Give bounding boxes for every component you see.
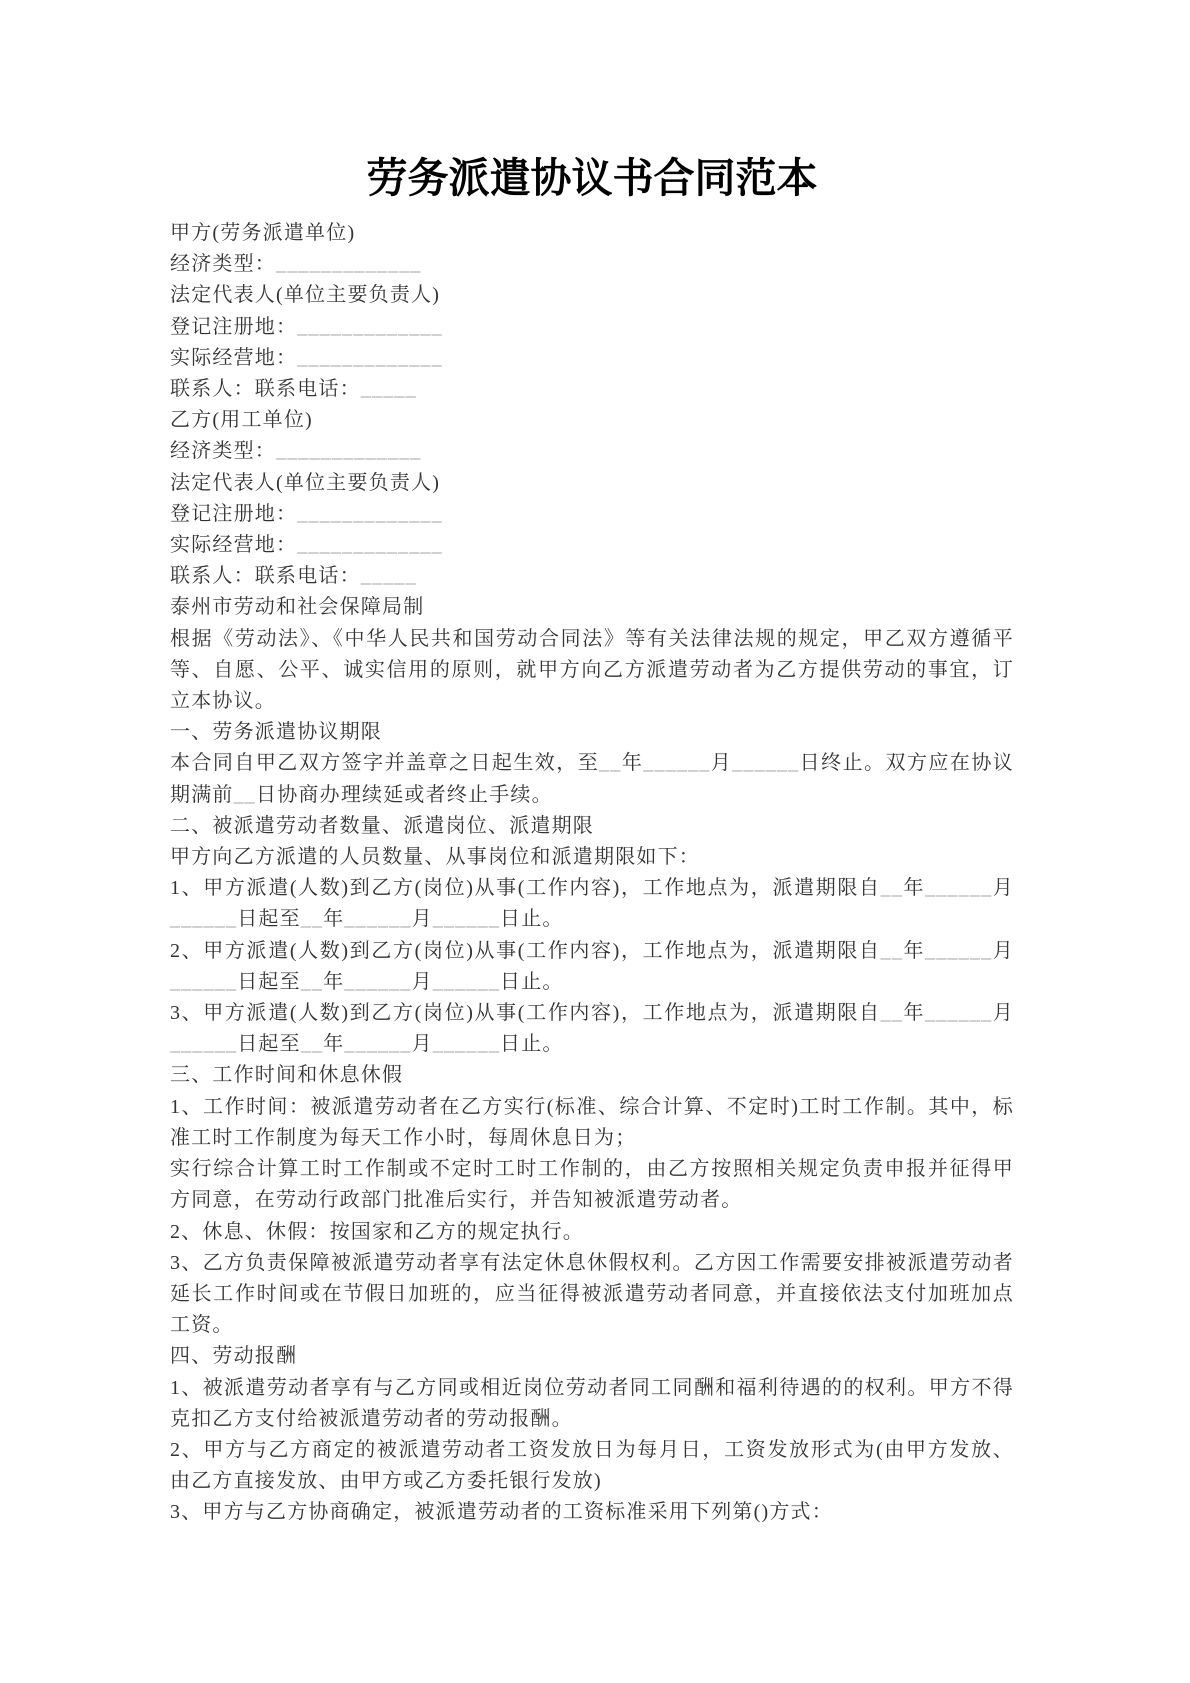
blank-underline: ______ (433, 908, 500, 930)
section-3-heading: 三、工作时间和休息休假 (170, 1060, 1014, 1091)
party-a-label: 甲方(劳务派遣单位) (170, 218, 1014, 249)
party-b-legal-representative: 法定代表人(单位主要负责人) (170, 468, 1014, 499)
section-4-clause-3: 3、甲方与乙方协商确定，被派遣劳动者的工资标准采用下列第()方式： (170, 1497, 1014, 1528)
blank-underline: _____________ (276, 253, 422, 275)
party-b-contact: 联系人：联系电话：_____ (170, 561, 1014, 592)
party-a-legal-representative: 法定代表人(单位主要负责人) (170, 280, 1014, 311)
section-4-clause-2: 2、甲方与乙方商定的被派遣劳动者工资发放日为每月日，工资发放形式为(由甲方发放、… (170, 1435, 1014, 1497)
blank-underline: ______ (344, 1033, 411, 1055)
section-2-intro: 甲方向乙方派遣的人员数量、从事岗位和派遣期限如下： (170, 842, 1014, 873)
blank-underline: _____________ (297, 347, 443, 369)
blank-underline: ______ (170, 908, 237, 930)
section-4-clause-1: 1、被派遣劳动者享有与乙方同或相近岗位劳动者同工同酬和福利待遇的的权利。甲方不得… (170, 1373, 1014, 1435)
party-a-business-address: 实际经营地：_____________ (170, 343, 1014, 374)
blank-underline: _____ (361, 378, 417, 400)
blank-underline: __ (599, 752, 621, 774)
blank-underline: ______ (344, 971, 411, 993)
blank-underline: _____ (361, 565, 417, 587)
section-3-clause-3: 3、乙方负责保障被派遣劳动者享有法定休息休假权利。乙方因工作需要安排被派遣劳动者… (170, 1248, 1014, 1342)
blank-underline: __ (881, 940, 903, 962)
section-3-clause-1: 1、工作时间：被派遣劳动者在乙方实行(标准、综合计算、不定时)工时工作制。其中，… (170, 1092, 1014, 1154)
blank-underline: ______ (170, 971, 237, 993)
blank-underline: ______ (925, 877, 992, 899)
section-3-clause-1b: 实行综合计算工时工作制或不定时工时工作制的，由乙方按照相关规定负责申报并征得甲方… (170, 1154, 1014, 1216)
blank-underline: ______ (170, 1033, 237, 1055)
blank-underline: __ (881, 877, 903, 899)
document-body: 甲方(劳务派遣单位)经济类型：_____________法定代表人(单位主要负责… (170, 218, 1014, 1529)
party-b-business-address: 实际经营地：_____________ (170, 530, 1014, 561)
party-b-label: 乙方(用工单位) (170, 405, 1014, 436)
party-b-economic-type: 经济类型：_____________ (170, 436, 1014, 467)
section-4-heading: 四、劳动报酬 (170, 1341, 1014, 1372)
blank-underline: __ (301, 1033, 323, 1055)
blank-underline: _____________ (297, 316, 443, 338)
party-a-registered-address: 登记注册地：_____________ (170, 312, 1014, 343)
party-b-registered-address: 登记注册地：_____________ (170, 499, 1014, 530)
blank-underline: ______ (433, 1033, 500, 1055)
blank-underline: __ (301, 908, 323, 930)
section-1-clause: 本合同自甲乙双方签字并盖章之日起生效，至__年______月______日终止。… (170, 748, 1014, 810)
dispatch-item-2: 2、甲方派遣(人数)到乙方(岗位)从事(工作内容)，工作地点为，派遣期限自__年… (170, 936, 1014, 998)
blank-underline: _____________ (276, 440, 422, 462)
blank-underline: ______ (433, 971, 500, 993)
blank-underline: ______ (732, 752, 799, 774)
blank-underline: ______ (925, 1002, 992, 1024)
blank-underline: ______ (643, 752, 710, 774)
dispatch-item-1: 1、甲方派遣(人数)到乙方(岗位)从事(工作内容)，工作地点为，派遣期限自__年… (170, 873, 1014, 935)
blank-underline: ______ (925, 940, 992, 962)
party-a-contact: 联系人：联系电话：_____ (170, 374, 1014, 405)
issuing-authority: 泰州市劳动和社会保障局制 (170, 592, 1014, 623)
blank-underline: _____________ (297, 503, 443, 525)
dispatch-item-3: 3、甲方派遣(人数)到乙方(岗位)从事(工作内容)，工作地点为，派遣期限自__年… (170, 998, 1014, 1060)
preamble: 根据《劳动法》、《中华人民共和国劳动合同法》等有关法律法规的规定，甲乙双方遵循平… (170, 624, 1014, 718)
blank-underline: __ (234, 784, 256, 806)
contract-content: 劳务派遣协议书合同范本 甲方(劳务派遣单位)经济类型：_____________… (0, 0, 1190, 1529)
contract-page: 劳务派遣协议书合同范本 甲方(劳务派遣单位)经济类型：_____________… (0, 0, 1190, 1683)
document-title: 劳务派遣协议书合同范本 (170, 152, 1014, 204)
blank-underline: ______ (344, 908, 411, 930)
blank-underline: __ (881, 1002, 903, 1024)
party-a-economic-type: 经济类型：_____________ (170, 249, 1014, 280)
blank-underline: _____________ (297, 534, 443, 556)
section-2-heading: 二、被派遣劳动者数量、派遣岗位、派遣期限 (170, 811, 1014, 842)
blank-underline: __ (301, 971, 323, 993)
section-3-clause-2: 2、休息、休假：按国家和乙方的规定执行。 (170, 1217, 1014, 1248)
section-1-heading: 一、劳务派遣协议期限 (170, 717, 1014, 748)
